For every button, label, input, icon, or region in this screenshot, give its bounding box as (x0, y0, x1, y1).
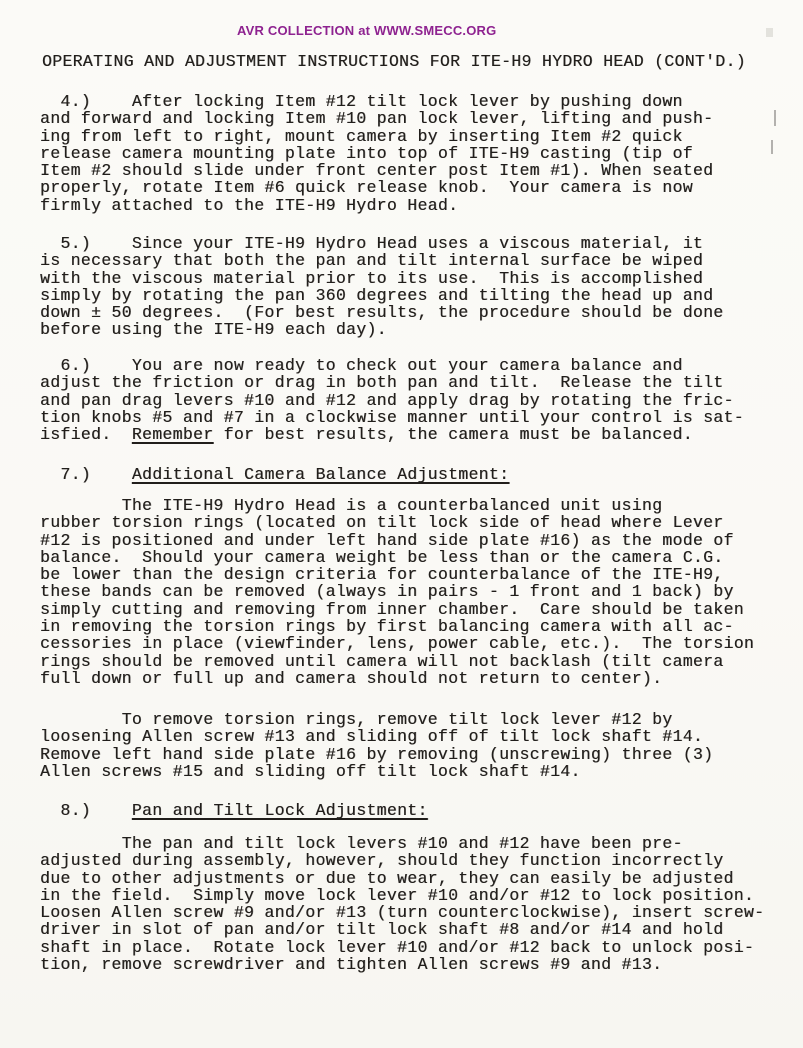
heading-7: 7.) Additional Camera Balance Adjustment… (40, 466, 509, 483)
paragraph-8-lock-adjustment: The pan and tilt lock levers #10 and #12… (40, 835, 764, 973)
paragraph-6-text-after: for best results, the camera must be bal… (213, 425, 692, 444)
scan-artifact-mark (771, 140, 773, 154)
scan-artifact-mark (774, 110, 776, 126)
paragraph-5-viscous-material: 5.) Since your ITE-H9 Hydro Head uses a … (40, 235, 724, 339)
heading-8-title: Pan and Tilt Lock Adjustment: (132, 801, 428, 820)
collection-watermark: AVR COLLECTION at WWW.SMECC.ORG (237, 23, 496, 38)
heading-7-number: 7.) (40, 465, 132, 484)
heading-7-title: Additional Camera Balance Adjustment: (132, 465, 509, 484)
paragraph-4-mounting-camera: 4.) After locking Item #12 tilt lock lev… (40, 93, 713, 214)
paragraph-6-underlined-word: Remember (132, 425, 214, 444)
scanned-document-page: AVR COLLECTION at WWW.SMECC.ORG OPERATIN… (0, 0, 803, 1048)
heading-8-number: 8.) (40, 801, 132, 820)
paragraph-7a-torsion-rings: The ITE-H9 Hydro Head is a counterbalanc… (40, 497, 754, 687)
scan-artifact-smudge (766, 28, 773, 37)
document-title: OPERATING AND ADJUSTMENT INSTRUCTIONS FO… (42, 53, 746, 70)
paragraph-6-camera-balance: 6.) You are now ready to check out your … (40, 357, 744, 443)
paragraph-7b-remove-torsion-rings: To remove torsion rings, remove tilt loc… (40, 711, 713, 780)
heading-8: 8.) Pan and Tilt Lock Adjustment: (40, 802, 428, 819)
